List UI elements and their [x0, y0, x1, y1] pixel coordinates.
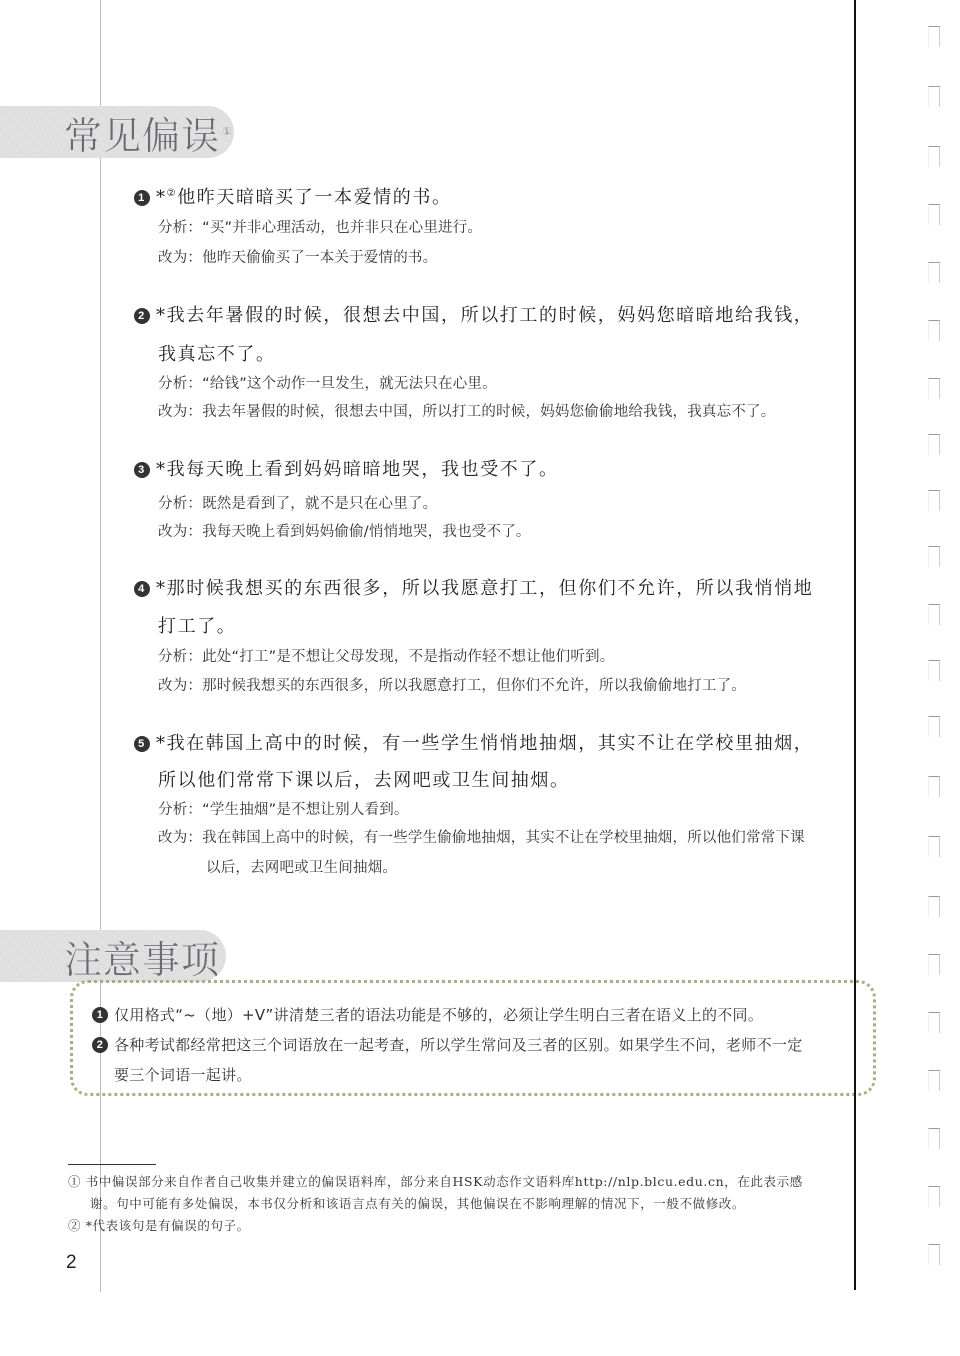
- analysis-3: 分析：既然是看到了，就不是只在心里了。: [158, 492, 437, 513]
- margin-guide-line: [100, 0, 101, 1292]
- error-sentence-5: 5*我在韩国上高中的时候，有一些学生悄悄地抽烟，其实不让在学校里抽烟，: [134, 726, 813, 762]
- error-sentence-4-cont: 打工了。: [158, 612, 236, 638]
- item-number-badge: 5: [134, 736, 150, 752]
- footnote-ref-1: ①: [222, 125, 233, 138]
- error-sentence-2-cont: 我真忘不了。: [158, 340, 276, 366]
- footnote-1: ① 书中偏误部分来自作者自己收集并建立的偏误语料库，部分来自HSK动态作文语料库…: [68, 1172, 803, 1190]
- item-number-badge: 4: [134, 581, 150, 597]
- footnote-1-cont: 谢。句中可能有多处偏误，本书仅分析和该语言点有关的偏误，其他偏误在不影响理解的情…: [90, 1194, 745, 1212]
- footnote-divider: [68, 1164, 156, 1165]
- item-number-badge: 3: [134, 462, 150, 478]
- item-number-badge: 2: [134, 308, 150, 324]
- item-number-badge: 2: [92, 1037, 108, 1053]
- error-sentence-2: 2*我去年暑假的时候，很想去中国，所以打工的时候，妈妈您暗暗地给我钱，: [134, 298, 813, 334]
- analysis-1: 分析：“买”并非心理活动，也并非只在心里进行。: [158, 216, 482, 237]
- correction-2: 改为：我去年暑假的时候，很想去中国，所以打工的时候，妈妈您偷偷地给我钱，我真忘不…: [158, 400, 775, 421]
- footnote-ref-2: ②: [167, 188, 178, 199]
- section-title-errors: 常见偏误①: [64, 105, 233, 160]
- error-sentence-3: 3*我每天晚上看到妈妈暗暗地哭，我也受不了。: [134, 452, 559, 488]
- analysis-4: 分析：此处“打工”是不想让父母发现，不是指动作轻不想让他们听到。: [158, 645, 614, 666]
- correction-3: 改为：我每天晚上看到妈妈偷偷/悄悄地哭，我也受不了。: [158, 520, 531, 541]
- item-number-badge: 1: [92, 1007, 108, 1023]
- note-item-2-cont: 要三个词语一起讲。: [114, 1064, 252, 1085]
- correction-1: 改为：他昨天偷偷买了一本关于爱情的书。: [158, 246, 437, 267]
- item-number-badge: 1: [134, 190, 150, 206]
- correction-4: 改为：那时候我想买的东西很多，所以我愿意打工，但你们不允许，所以我偷偷地打工了。: [158, 674, 746, 695]
- section-banner-errors: 常见偏误①: [0, 106, 234, 158]
- correction-5: 改为：我在韩国上高中的时候，有一些学生偷偷地抽烟，其实不让在学校里抽烟，所以他们…: [158, 826, 805, 847]
- error-sentence-4: 4*那时候我想买的东西很多，所以我愿意打工，但你们不允许，所以我悄悄地: [134, 571, 813, 607]
- section-banner-notes: 注意事项: [0, 930, 226, 982]
- note-item-1: 1仅用格式“~（地）+V”讲清楚三者的语法功能是不够的，必须让学生明白三者在语义…: [92, 1004, 763, 1025]
- page-number: 2: [66, 1252, 77, 1274]
- error-sentence-5-cont: 所以他们常常下课以后，去网吧或卫生间抽烟。: [158, 766, 570, 792]
- error-sentence-1: 1*②他昨天暗暗买了一本爱情的书。: [134, 176, 452, 216]
- page-edge-line: [854, 0, 856, 1290]
- note-item-2: 2各种考试都经常把这三个词语放在一起考查，所以学生常问及三者的区别。如果学生不问…: [92, 1034, 803, 1055]
- correction-5-cont: 以后，去网吧或卫生间抽烟。: [206, 856, 397, 877]
- footnote-2: ② *代表该句是有偏误的句子。: [68, 1216, 250, 1234]
- analysis-2: 分析：“给钱”这个动作一旦发生，就无法只在心里。: [158, 372, 497, 393]
- section-title-notes: 注意事项: [64, 929, 220, 984]
- analysis-5: 分析：“学生抽烟”是不想让别人看到。: [158, 798, 409, 819]
